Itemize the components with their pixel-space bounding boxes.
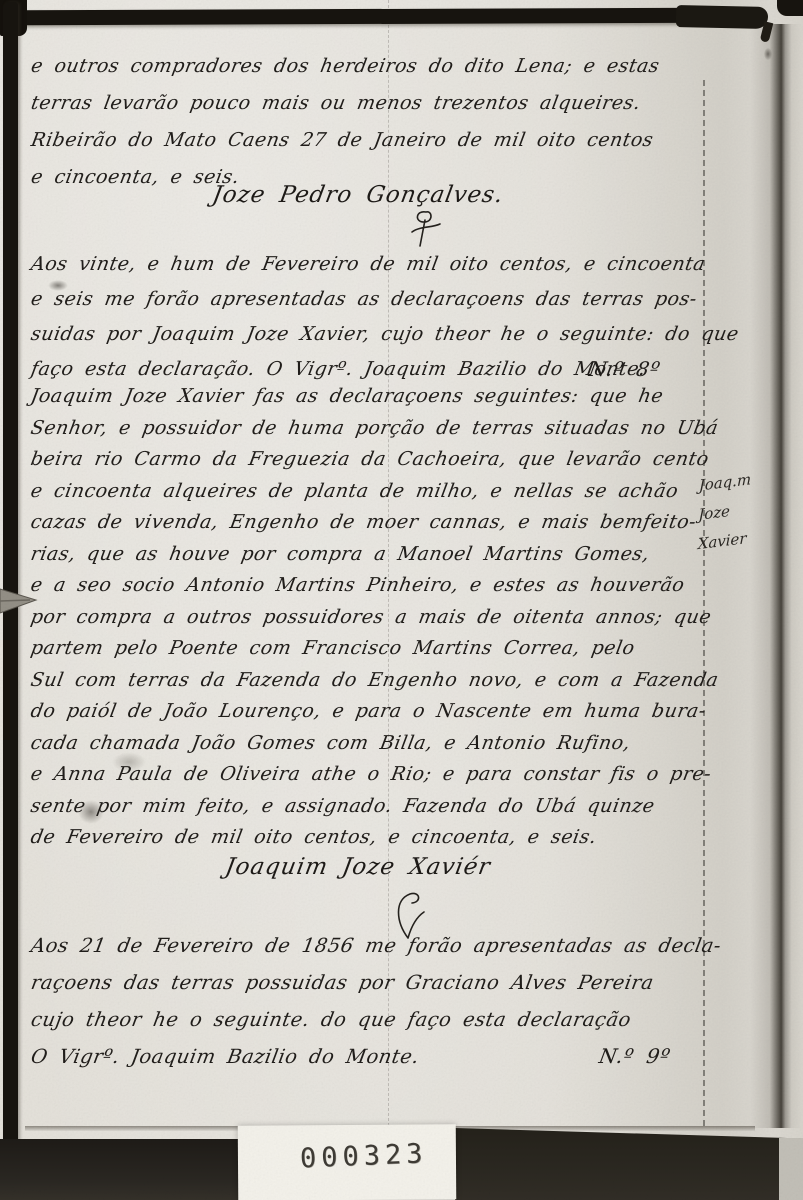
text-line: e outros compradores dos herdeiros do di… [28,48,725,85]
signature-flourish-icon [402,206,448,250]
text-line: Aos 21 de Fevereiro de 1856 me forão apr… [28,927,725,964]
text-line: O Vigrº. Joaquim Bazilio do Monte. [29,1045,421,1068]
text-line: faço esta declaração. O Vigrº. Joaquim B… [29,358,647,380]
text-line: e a seo socio Antonio Martins Pinheiro, … [28,570,724,602]
text-line: de Fevereiro de mil oito centos, e cinco… [28,822,724,854]
text-line: e cincoenta alqueires de planta de milho… [28,476,724,508]
text-line: por compra a outros possuidores a mais d… [28,602,724,634]
entry-number-9: N.º 9º [596,1038,674,1075]
page-number-stamp: 000323 [299,1138,428,1174]
signature-joze-pedro-goncalves: Joze Pedro Gonçalves. [26,182,691,208]
bottom-binding-band-left [0,1139,247,1200]
binding-left-bar [3,2,18,1144]
text-line: e Anna Paula de Oliveira athe o Rio; e p… [28,759,724,791]
text-line: sente por mim feito, e assignado. Fazend… [28,791,724,823]
signature-joaquim-joze-xavier: Joaquim Joze Xaviér [26,854,691,880]
text-line: e seis me forão apresentadas as declaraç… [28,282,724,317]
text-line: Aos vinte, e hum de Fevereiro de mil oit… [28,247,724,282]
scanned-manuscript-page: e outros compradores dos herdeiros do di… [0,0,803,1200]
binding-top-bar [14,8,714,25]
page-edge-shadow [750,24,802,1128]
text-line: O Vigrº. Joaquim Bazilio do Monte. N.º 9… [28,1038,725,1075]
text-line: cujo theor he o seguinte. do que faço es… [28,1001,725,1038]
paragraph-registrar-note-9: Aos 21 de Fevereiro de 1856 me forão apr… [28,927,718,1075]
text-line: do paiól de João Lourenço, e para o Nasc… [28,696,724,728]
paragraph-registrar-note-8: Aos vinte, e hum de Fevereiro de mil oit… [28,247,718,387]
text-line: cada chamada João Gomes com Billa, e Ant… [28,728,724,760]
binding-top-bar-end [676,5,768,29]
margin-note-joaquim-joze-xavier: Joaq.m Joze Xavier [698,460,795,560]
text-line: Joaquim Joze Xavier fas as declaraçoens … [28,381,724,413]
text-line: Ribeirão do Mato Caens 27 de Janeiro de … [28,122,725,159]
text-line: raçoens das terras possuidas por Gracian… [28,964,725,1001]
text-line: cazas de vivenda, Engenho de moer cannas… [28,507,724,539]
text-line: Senhor, e possuidor de huma porção de te… [28,413,724,445]
text-line: Sul com terras da Fazenda do Engenho nov… [28,665,724,697]
bottom-corner-paper [779,1138,803,1200]
text-line: beira rio Carmo da Freguezia da Cachoeir… [28,444,724,476]
text-line: suidas por Joaquim Joze Xavier, cujo the… [28,317,724,352]
paragraph-declaration-xavier: Joaquim Joze Xavier fas as declaraçoens … [28,381,718,854]
stamp-tab: 000323 [238,1124,457,1200]
binding-corner-mark [777,0,803,16]
text-line: partem pelo Poente com Francisco Martins… [28,633,724,665]
bottom-binding-band-right [455,1120,787,1200]
paragraph-closing-declaration: e outros compradores dos herdeiros do di… [28,48,718,196]
text-line: terras levarão pouco mais ou menos treze… [28,85,725,122]
text-line: rias, que as houve por compra a Manoel M… [28,539,724,571]
